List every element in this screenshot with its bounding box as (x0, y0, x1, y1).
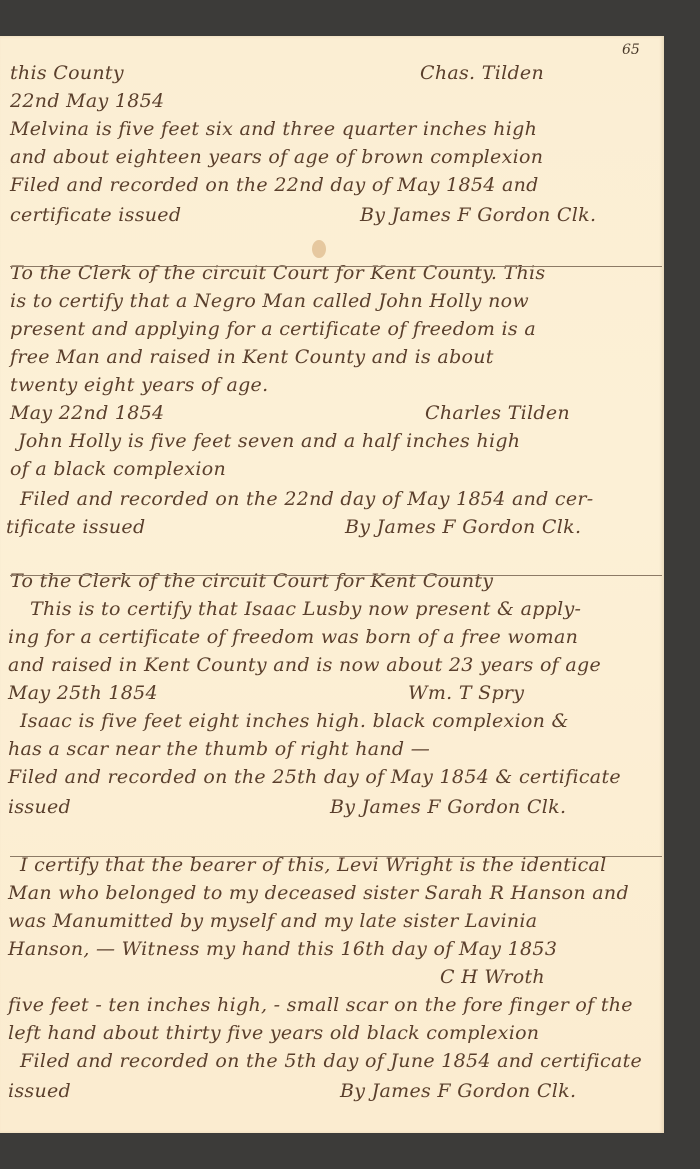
handwritten-line: is to certify that a Negro Man called Jo… (10, 290, 529, 312)
entry-divider-rule (10, 266, 662, 267)
handwritten-line: By James F Gordon Clk. (330, 796, 566, 818)
handwritten-line: certificate issued (10, 204, 181, 226)
handwritten-line: Filed and recorded on the 25th day of Ma… (8, 766, 621, 788)
handwritten-line: By James F Gordon Clk. (360, 204, 596, 226)
handwritten-line: issued (8, 796, 71, 818)
entry-divider-rule (10, 856, 662, 857)
handwritten-line: May 22nd 1854 (10, 402, 164, 424)
handwritten-line: May 25th 1854 (8, 682, 158, 704)
handwritten-line: has a scar near the thumb of right hand … (8, 738, 430, 760)
handwritten-line: Hanson, — Witness my hand this 16th day … (8, 938, 557, 960)
handwritten-line: By James F Gordon Clk. (340, 1080, 576, 1102)
handwritten-line: Wm. T Spry (408, 682, 524, 704)
handwritten-line: and raised in Kent County and is now abo… (8, 654, 601, 676)
handwritten-line: ing for a certificate of freedom was bor… (8, 626, 578, 648)
handwritten-line: five feet - ten inches high, - small sca… (8, 994, 633, 1016)
handwritten-line: Isaac is five feet eight inches high. bl… (20, 710, 569, 732)
handwritten-line: C H Wroth (440, 966, 545, 988)
handwritten-line: of a black complexion (10, 458, 226, 480)
handwritten-line: tificate issued (6, 516, 145, 538)
handwritten-line: and about eighteen years of age of brown… (10, 146, 543, 168)
handwritten-line: present and applying for a certificate o… (10, 318, 536, 340)
handwritten-line: was Manumitted by myself and my late sis… (8, 910, 537, 932)
handwritten-line: 22nd May 1854 (10, 90, 164, 112)
handwritten-line: I certify that the bearer of this, Levi … (20, 854, 607, 876)
handwritten-line: John Holly is five feet seven and a half… (18, 430, 520, 452)
page-number: 65 (622, 42, 640, 58)
handwritten-line: Charles Tilden (425, 402, 570, 424)
handwritten-line: Melvina is five feet six and three quart… (10, 118, 537, 140)
handwritten-line: issued (8, 1080, 71, 1102)
handwritten-line: Man who belonged to my deceased sister S… (8, 882, 629, 904)
ink-stain (312, 240, 326, 258)
handwritten-line: free Man and raised in Kent County and i… (10, 346, 494, 368)
handwritten-line: To the Clerk of the circuit Court for Ke… (10, 570, 493, 592)
ledger-page: 65 this CountyChas. Tilden22nd May 1854M… (0, 36, 664, 1133)
handwritten-line: Filed and recorded on the 5th day of Jun… (20, 1050, 642, 1072)
handwritten-line: This is to certify that Isaac Lusby now … (30, 598, 581, 620)
entry-divider-rule (10, 575, 662, 576)
handwritten-line: Filed and recorded on the 22nd day of Ma… (20, 488, 594, 510)
handwritten-line: Filed and recorded on the 22nd day of Ma… (10, 174, 539, 196)
handwritten-line: this County (10, 62, 124, 84)
handwritten-line: twenty eight years of age. (10, 374, 268, 396)
handwritten-line: Chas. Tilden (420, 62, 544, 84)
handwritten-line: By James F Gordon Clk. (345, 516, 581, 538)
handwritten-line: left hand about thirty five years old bl… (8, 1022, 539, 1044)
